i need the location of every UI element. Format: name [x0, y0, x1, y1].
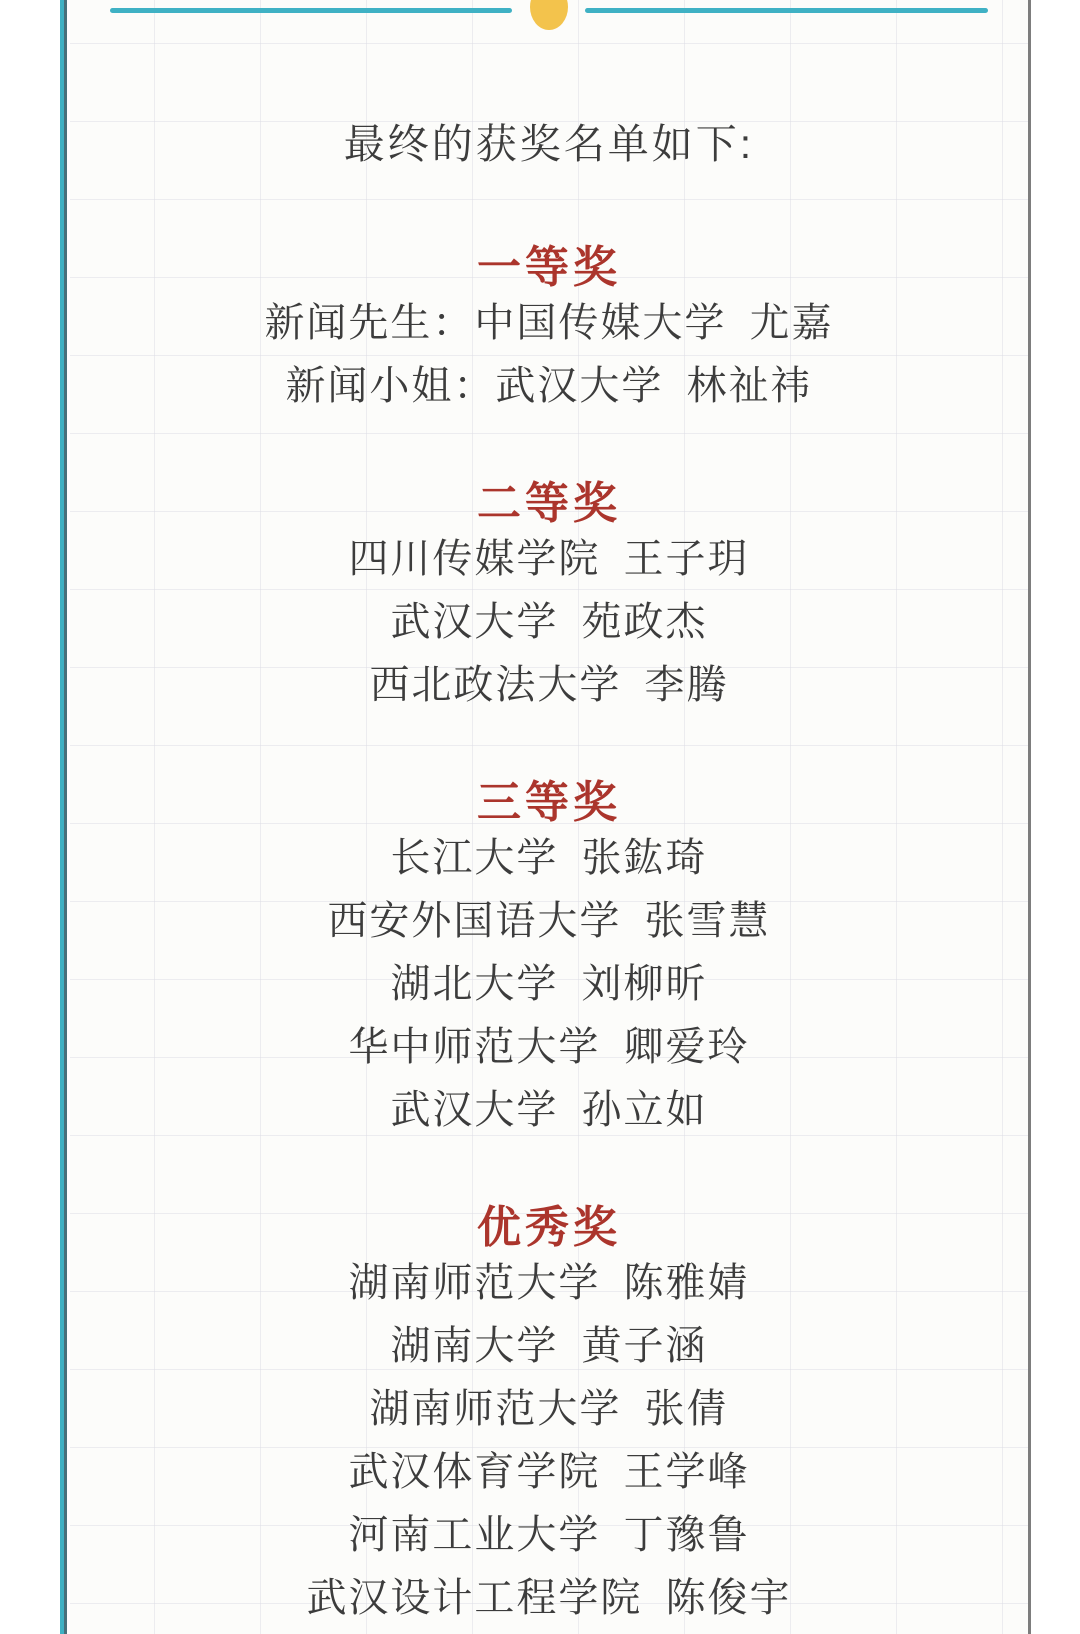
divider-line-right: [585, 8, 988, 13]
section-heading: 三等奖: [70, 779, 1028, 827]
winner-entry: 湖南大学 黄子涵: [70, 1315, 1028, 1378]
section-second-prize: 二等奖 四川传媒学院 王子玥 武汉大学 苑政杰 西北政法大学 李腾: [70, 480, 1028, 717]
award-announcement-page: 最终的获奖名单如下: 一等奖 新闻先生：中国传媒大学 尤嘉 新闻小姐：武汉大学 …: [0, 0, 1080, 1634]
winner-entry: 湖北大学 刘柳昕: [70, 953, 1028, 1016]
divider-line-left: [110, 8, 512, 13]
winner-entry: 湖南师范大学 陈雅婧: [70, 1252, 1028, 1315]
winner-entry: 四川传媒学院 王子玥: [70, 528, 1028, 591]
winner-entry: 华中师范大学 卿爱玲: [70, 1016, 1028, 1079]
winner-entry: 新闻小姐：武汉大学 林祉祎: [70, 355, 1028, 418]
section-heading: 二等奖: [70, 480, 1028, 528]
section-third-prize: 三等奖 长江大学 张鈜琦 西安外国语大学 张雪慧 湖北大学 刘柳昕 华中师范大学…: [70, 779, 1028, 1142]
section-first-prize: 一等奖 新闻先生：中国传媒大学 尤嘉 新闻小姐：武汉大学 林祉祎: [70, 244, 1028, 418]
divider-dot-icon: [530, 0, 568, 30]
section-excellence-prize: 优秀奖 湖南师范大学 陈雅婧 湖南大学 黄子涵 湖南师范大学 张倩 武汉体育学院…: [70, 1204, 1028, 1630]
section-heading: 一等奖: [70, 244, 1028, 292]
winner-entry: 西北政法大学 李腾: [70, 654, 1028, 717]
winner-entry: 新闻先生：中国传媒大学 尤嘉: [70, 292, 1028, 355]
winner-entry: 湖南师范大学 张倩: [70, 1378, 1028, 1441]
right-border-line: [1028, 0, 1031, 1634]
content-panel: 最终的获奖名单如下: 一等奖 新闻先生：中国传媒大学 尤嘉 新闻小姐：武汉大学 …: [70, 0, 1028, 1634]
winner-entry: 武汉大学 孙立如: [70, 1079, 1028, 1142]
winner-entry: 河南工业大学 丁豫鲁: [70, 1504, 1028, 1567]
section-heading: 优秀奖: [70, 1204, 1028, 1252]
winner-entry: 武汉设计工程学院 陈俊宇: [70, 1567, 1028, 1630]
winner-entry: 长江大学 张鈜琦: [70, 827, 1028, 890]
top-divider: [70, 0, 1028, 40]
winner-entry: 武汉大学 苑政杰: [70, 591, 1028, 654]
winner-entry: 西安外国语大学 张雪慧: [70, 890, 1028, 953]
winner-entry: 武汉体育学院 王学峰: [70, 1441, 1028, 1504]
left-accent-bar: [60, 0, 67, 1634]
